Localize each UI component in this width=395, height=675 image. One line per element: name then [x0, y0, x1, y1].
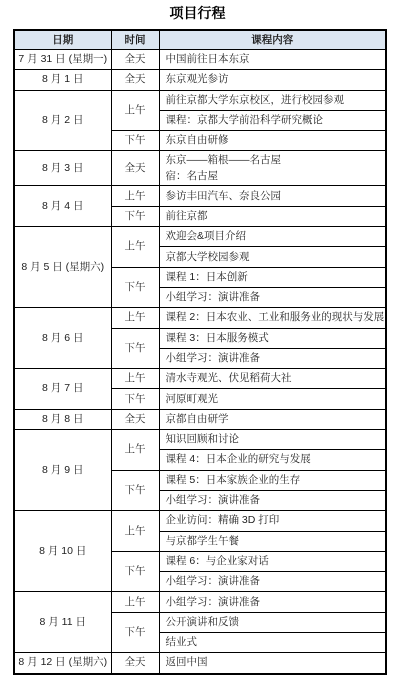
content-cell: 前往京都大学东京校区，进行校园参观 [159, 90, 386, 110]
date-cell: 7 月 31 日 (星期一) [14, 50, 111, 70]
table-row: 8 月 3 日全天东京——箱根——名古屋宿：名古屋 [14, 151, 386, 186]
content-cell: 与京都学生午餐 [159, 531, 386, 551]
content-cell: 东京自由研修 [159, 131, 386, 151]
table-row: 8 月 9 日上午知识回顾和讨论 [14, 430, 386, 450]
content-cell: 课程 4：日本企业的研究与发展 [159, 450, 386, 470]
content-cell: 课程 3：日本服务模式 [159, 328, 386, 348]
content-cell: 小组学习：演讲准备 [159, 592, 386, 612]
date-cell: 8 月 11 日 [14, 592, 111, 653]
table-row: 8 月 10 日上午企业访问：精确 3D 打印 [14, 511, 386, 531]
content-cell: 公开演讲和反馈 [159, 612, 386, 632]
date-cell: 8 月 10 日 [14, 511, 111, 592]
table-row: 8 月 12 日 (星期六)全天返回中国 [14, 653, 386, 674]
time-cell: 下午 [111, 206, 159, 226]
content-cell: 河原町观光 [159, 389, 386, 409]
content-cell: 东京观光参访 [159, 70, 386, 90]
content-cell: 前往京都 [159, 206, 386, 226]
time-cell: 上午 [111, 430, 159, 471]
date-cell: 8 月 4 日 [14, 186, 111, 227]
content-cell: 东京——箱根——名古屋宿：名古屋 [159, 151, 386, 186]
content-cell: 清水寺观光、伏见稻荷大社 [159, 369, 386, 389]
header-cell-time: 时间 [111, 30, 159, 50]
content-cell: 课程 5：日本家族企业的生存 [159, 470, 386, 490]
content-line: 东京——箱根——名古屋 [166, 152, 384, 168]
table-row: 8 月 1 日全天东京观光参访 [14, 70, 386, 90]
time-cell: 全天 [111, 409, 159, 429]
time-cell: 下午 [111, 389, 159, 409]
table-row: 8 月 4 日上午参访丰田汽车、奈良公园 [14, 186, 386, 206]
content-cell: 小组学习：演讲准备 [159, 287, 386, 307]
itinerary-table: 日期 时间 课程内容 7 月 31 日 (星期一)全天中国前往日本东京8 月 1… [13, 29, 387, 675]
date-cell: 8 月 2 日 [14, 90, 111, 151]
header-cell-content: 课程内容 [159, 30, 386, 50]
page-title: 项目行程 [0, 3, 395, 23]
time-cell: 全天 [111, 653, 159, 674]
date-cell: 8 月 3 日 [14, 151, 111, 186]
time-cell: 上午 [111, 369, 159, 389]
header-row: 日期 时间 课程内容 [14, 30, 386, 50]
table-row: 8 月 7 日上午清水寺观光、伏见稻荷大社 [14, 369, 386, 389]
time-cell: 上午 [111, 511, 159, 552]
date-cell: 8 月 5 日 (星期六) [14, 227, 111, 308]
content-cell: 课程 2：日本农业、工业和服务业的现状与发展 [159, 308, 386, 328]
date-cell: 8 月 8 日 [14, 409, 111, 429]
time-cell: 上午 [111, 308, 159, 328]
time-cell: 全天 [111, 50, 159, 70]
date-cell: 8 月 9 日 [14, 430, 111, 511]
content-cell: 企业访问：精确 3D 打印 [159, 511, 386, 531]
table-row: 8 月 11 日上午小组学习：演讲准备 [14, 592, 386, 612]
content-cell: 返回中国 [159, 653, 386, 674]
content-cell: 小组学习：演讲准备 [159, 490, 386, 510]
date-cell: 8 月 1 日 [14, 70, 111, 90]
date-cell: 8 月 12 日 (星期六) [14, 653, 111, 674]
content-line: 宿：名古屋 [166, 168, 384, 184]
content-cell: 课程 1：日本创新 [159, 267, 386, 287]
table-row: 8 月 5 日 (星期六)上午欢迎会&项目介绍 [14, 227, 386, 247]
content-cell: 中国前往日本东京 [159, 50, 386, 70]
date-cell: 8 月 7 日 [14, 369, 111, 410]
content-cell: 知识回顾和讨论 [159, 430, 386, 450]
date-cell: 8 月 6 日 [14, 308, 111, 369]
table-row: 8 月 2 日上午前往京都大学东京校区，进行校园参观 [14, 90, 386, 110]
content-cell: 参访丰田汽车、奈良公园 [159, 186, 386, 206]
header-cell-date: 日期 [14, 30, 111, 50]
time-cell: 上午 [111, 186, 159, 206]
time-cell: 上午 [111, 227, 159, 268]
content-cell: 小组学习：演讲准备 [159, 572, 386, 592]
time-cell: 全天 [111, 151, 159, 186]
time-cell: 下午 [111, 612, 159, 653]
itinerary-body: 7 月 31 日 (星期一)全天中国前往日本东京8 月 1 日全天东京观光参访8… [14, 50, 386, 674]
content-cell: 小组学习：演讲准备 [159, 348, 386, 368]
content-cell: 课程 6：与企业家对话 [159, 551, 386, 571]
content-cell: 课程：京都大学前沿科学研究概论 [159, 110, 386, 130]
time-cell: 下午 [111, 131, 159, 151]
time-cell: 上午 [111, 592, 159, 612]
time-cell: 全天 [111, 70, 159, 90]
table-row: 8 月 6 日上午课程 2：日本农业、工业和服务业的现状与发展 [14, 308, 386, 328]
time-cell: 下午 [111, 470, 159, 511]
table-row: 7 月 31 日 (星期一)全天中国前往日本东京 [14, 50, 386, 70]
content-cell: 京都大学校园参观 [159, 247, 386, 267]
content-cell: 京都自由研学 [159, 409, 386, 429]
time-cell: 下午 [111, 267, 159, 308]
content-cell: 结业式 [159, 633, 386, 653]
document-page: 项目行程 日期 时间 课程内容 7 月 31 日 (星期一)全天中国前往日本东京… [0, 0, 395, 591]
content-cell: 欢迎会&项目介绍 [159, 227, 386, 247]
time-cell: 上午 [111, 90, 159, 131]
time-cell: 下午 [111, 551, 159, 592]
time-cell: 下午 [111, 328, 159, 369]
table-row: 8 月 8 日全天京都自由研学 [14, 409, 386, 429]
